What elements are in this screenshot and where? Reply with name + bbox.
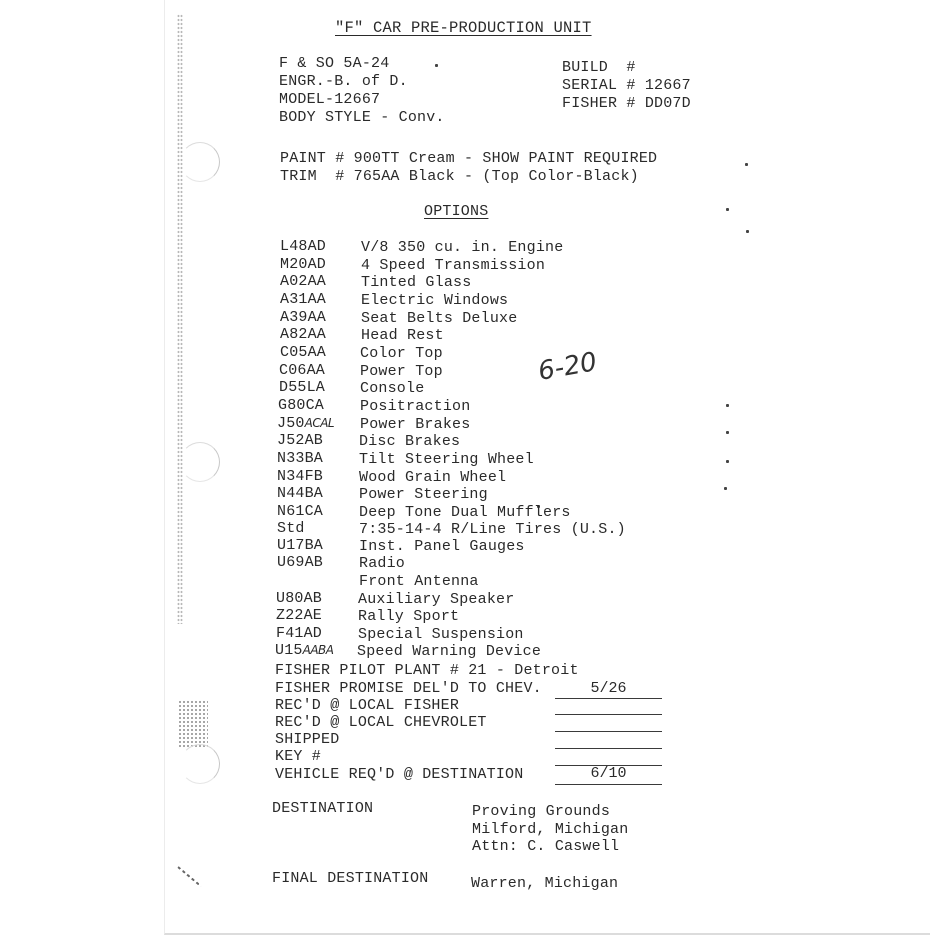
scan-mark [724,487,727,490]
fisher-number: FISHER # DD07D [562,95,691,112]
trim-spec: TRIM # 765AA Black - (Top Color-Black) [280,168,639,185]
paint-spec: PAINT # 900TT Cream - SHOW PAINT REQUIRE… [280,150,657,167]
option-description: Speed Warning Device [357,643,541,660]
scan-mark [726,404,729,407]
destination-label: DESTINATION [272,800,373,817]
destination-line: Proving Grounds [472,803,610,820]
option-description: Wood Grain Wheel [359,469,506,486]
destination-line: Milford, Michigan [472,821,628,838]
option-code: A31AA [280,291,326,308]
option-code: D55LA [279,379,325,396]
option-code: C06AA [279,362,325,379]
option-code: U15AABA [275,642,333,659]
serial-number: SERIAL # 12667 [562,77,691,94]
option-code: Z22AE [276,607,322,624]
option-code: C05AA [280,344,326,361]
option-code: J50ACAL [277,415,334,432]
scan-mark [435,64,438,67]
option-description: Seat Belts Deluxe [361,310,517,327]
option-code: A02AA [280,273,326,290]
option-description: Console [360,380,424,397]
pilot-plant: FISHER PILOT PLANT # 21 - Detroit [275,662,579,679]
document-title: "F" CAR PRE-PRODUCTION UNIT [335,20,592,37]
scan-speckle-strip [177,14,183,624]
build-number: BUILD # [562,59,636,76]
scan-speckle-blob [178,700,208,748]
option-description: Disc Brakes [359,433,460,450]
option-code: A39AA [280,309,326,326]
option-code: M20AD [280,256,326,273]
final-destination-label: FINAL DESTINATION [272,870,428,887]
option-description: Power Top [360,363,443,380]
scan-mark [746,230,749,233]
option-description: Tinted Glass [361,274,471,291]
option-description: 4 Speed Transmission [361,257,545,274]
option-description: 7:35-14-4 R/Line Tires (U.S.) [359,521,626,538]
scan-mark [726,460,729,463]
option-code-handwritten: AABA [303,643,334,657]
schedule-label: REC'D @ LOCAL CHEVROLET [275,714,487,731]
scan-mark [745,163,748,166]
option-description: Front Antenna [359,573,479,590]
option-code: N44BA [277,485,323,502]
punch-hole-icon [180,142,220,182]
punch-hole-icon [180,442,220,482]
schedule-blank-line [555,731,662,732]
option-code: F41AD [276,625,322,642]
schedule-blank-line [555,714,662,715]
body-style: BODY STYLE - Conv. [279,109,445,126]
option-code: U80AB [276,590,322,607]
option-code: G80CA [278,397,324,414]
option-description: Auxiliary Speaker [358,591,514,608]
scan-mark [726,431,729,434]
option-code: L48AD [280,238,326,255]
destination-line: Attn: C. Caswell [472,838,619,855]
option-code: N34FB [277,468,323,485]
option-code-handwritten: ACAL [305,416,334,430]
schedule-value: 5/26 [555,680,662,697]
option-description: Special Suspension [358,626,524,643]
schedule-label: REC'D @ LOCAL FISHER [275,697,459,714]
schedule-label: VEHICLE REQ'D @ DESTINATION [275,766,523,783]
schedule-blank-line [555,784,662,785]
option-description: Radio [359,555,405,572]
schedule-blank-line [555,698,662,699]
option-description: Tilt Steering Wheel [359,451,534,468]
option-code: N61CA [277,503,323,520]
option-description: Power Brakes [360,416,470,433]
schedule-blank-line [555,748,662,749]
option-code-typed: J50 [277,415,305,432]
option-description: V/8 350 cu. in. Engine [361,239,563,256]
option-code: A82AA [280,326,326,343]
engineering-ref: ENGR.-B. of D. [279,73,408,90]
option-description: Deep Tone Dual Mufflers [359,504,571,521]
option-description: Rally Sport [358,608,459,625]
schedule-label: SHIPPED [275,731,339,748]
schedule-label: FISHER PROMISE DEL'D TO CHEV. [275,680,542,697]
option-description: Positraction [360,398,470,415]
schedule-label: KEY # [275,748,321,765]
option-description: Head Rest [361,327,444,344]
option-code: U17BA [277,537,323,554]
option-code: Std [277,520,305,537]
option-description: Color Top [360,345,443,362]
order-number: F & SO 5A-24 [279,55,389,72]
scan-mark [726,208,729,211]
punch-hole-icon [180,744,220,784]
model-number: MODEL-12667 [279,91,380,108]
option-description: Electric Windows [361,292,508,309]
option-code-typed: U15 [275,642,303,659]
option-description: Inst. Panel Gauges [359,538,525,555]
option-description: Power Steering [359,486,488,503]
option-code: U69AB [277,554,323,571]
option-code: N33BA [277,450,323,467]
schedule-value: 6/10 [555,765,662,782]
final-destination-value: Warren, Michigan [471,875,618,892]
options-heading: OPTIONS [424,203,488,220]
option-code: J52AB [277,432,323,449]
